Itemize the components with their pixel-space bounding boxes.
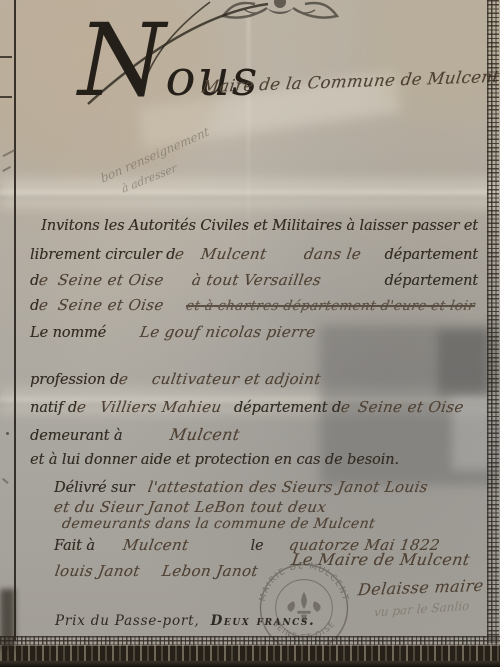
handwritten-residence: Mulcent	[169, 425, 242, 444]
handwritten-attestation: demeurants dans la commune de Mulcent	[61, 516, 377, 532]
paper-highlight	[0, 178, 500, 208]
body-line-12: demeurants dans la commune de Mulcent	[30, 516, 478, 532]
printed-text: profession d	[30, 372, 119, 388]
passport-document-photo: Nous Maire de la Commune de Mulcent bon …	[0, 0, 500, 667]
handwritten-commune: Mulcent	[199, 245, 267, 263]
shadow-corner	[0, 589, 15, 649]
stub-writing-fragment	[2, 166, 11, 172]
printed-text: librement circuler d	[30, 247, 175, 263]
handwritten-text: e	[118, 370, 130, 388]
body-line-9: et à lui donner aide et protection en ca…	[30, 452, 478, 468]
stub-divider-rule	[14, 0, 16, 641]
handwritten-name: Le gouf nicolas pierre	[139, 323, 317, 341]
body-line-10: Délivré sur l'attestation des Sieurs Jan…	[30, 478, 478, 496]
pencil-vu-par-note: vu par le Sanlio	[374, 599, 470, 620]
handwritten-text: e	[340, 398, 352, 416]
printed-text: département	[384, 273, 478, 289]
printed-text: Délivré sur	[54, 480, 134, 496]
printed-text: département d	[234, 400, 341, 416]
ornamental-border-band	[0, 645, 500, 662]
stub-dash	[0, 96, 12, 98]
handwritten-profession: cultivateur et adjoint	[151, 370, 323, 388]
body-line-4: d e Seine et Oise et à chartres départem…	[30, 296, 478, 314]
printed-text: Fait à	[54, 538, 95, 554]
printed-text: natif d	[30, 400, 77, 416]
handwritten-text: à tout Versailles	[191, 271, 323, 289]
witness-signatures: louis Janot Lebon Janot	[55, 562, 258, 580]
stub-dash	[0, 56, 12, 58]
handwritten-birthplace: Villiers Mahieu	[99, 398, 223, 416]
printed-text: demeurant à	[30, 428, 122, 444]
body-line-6: profession d e cultivateur et adjoint	[30, 370, 478, 388]
body-line-2: librement circuler d e Mulcent dans le d…	[30, 245, 478, 263]
handwritten-text: e	[76, 398, 88, 416]
printed-text: département	[384, 247, 478, 263]
price-value: Deux francs.	[211, 613, 316, 629]
body-line-3: d e Seine et Oise à tout Versailles dépa…	[30, 271, 478, 289]
struck-through-text: et à chartres département d'eure et loir	[185, 298, 477, 314]
price-line: Prix du Passe-port, Deux francs.	[55, 610, 315, 629]
handwritten-departement: Seine et Oise	[57, 271, 166, 289]
handwritten-place: Mulcent	[121, 536, 189, 554]
body-line-8: demeurant à Mulcent	[30, 425, 478, 444]
signature-lebon-janot: Lebon Janot	[160, 562, 259, 580]
handwritten-text: dans le	[303, 245, 363, 263]
paper-stain	[370, 0, 500, 120]
body-line-1: Invitons les Autorités Civiles et Milita…	[30, 218, 478, 234]
printed-text: Le nommé	[30, 325, 106, 341]
body-line-7: natif d e Villiers Mahieu département d …	[30, 398, 478, 416]
handwritten-text: e	[174, 245, 186, 263]
body-line-5: Le nommé Le gouf nicolas pierre	[30, 323, 478, 341]
handwritten-attestation: et du Sieur Janot LeBon tout deux	[53, 498, 328, 516]
handwritten-departement: Seine et Oise	[57, 296, 166, 314]
signature-janot-louis: louis Janot	[54, 562, 142, 580]
printed-text: Invitons les Autorités Civiles et Milita…	[41, 218, 478, 234]
stub-mark	[6, 432, 9, 435]
printed-text: le	[250, 538, 263, 554]
handwritten-departement: Seine et Oise	[357, 398, 466, 416]
photo-edge	[0, 661, 500, 667]
handwritten-text: e	[38, 271, 50, 289]
stub-mark	[2, 478, 8, 484]
printed-text: et à lui donner aide et protection en ca…	[30, 452, 399, 468]
handwritten-attestation: l'attestation des Sieurs Janot Louis	[147, 478, 430, 496]
maire-signature: Delaisse maire	[357, 576, 485, 599]
body-line-11: et du Sieur Janot LeBon tout deux	[30, 498, 478, 516]
price-label: Prix du Passe-port,	[55, 613, 199, 629]
chain-border-right	[487, 0, 499, 643]
handwritten-text: e	[38, 296, 50, 314]
